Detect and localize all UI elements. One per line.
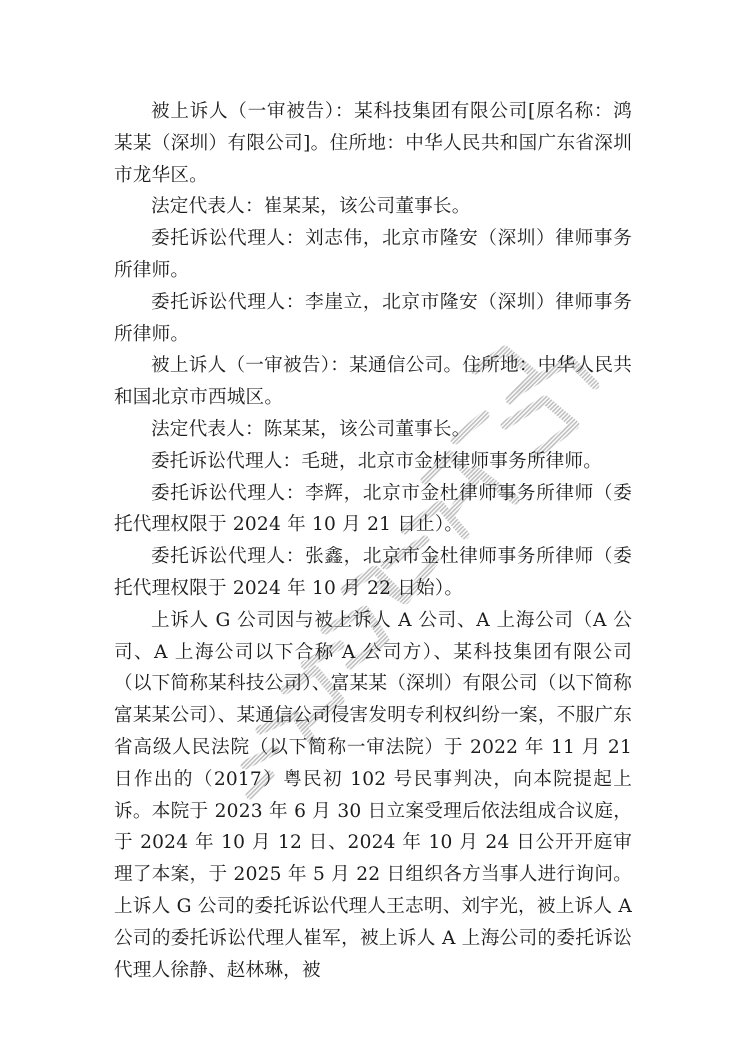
document-page: 被上诉人（一审被告）：某科技集团有限公司[原名称：鸿某某（深圳）有限公司]。住所…	[0, 0, 750, 1061]
paragraph-agent-liu-zhiwei: 委托诉讼代理人：刘志伟，北京市隆安（深圳）律师事务所律师。	[114, 223, 632, 287]
paragraph-case-background: 上诉人 G 公司因与被上诉人 A 公司、A 上海公司（A 公司、A 上海公司以下…	[114, 605, 632, 987]
paragraph-agent-zhang-xin: 委托诉讼代理人：张鑫，北京市金杜律师事务所律师（委托代理权限于 2024 年 1…	[114, 541, 632, 605]
paragraph-respondent-telecom: 被上诉人（一审被告）：某通信公司。住所地：中华人民共和国北京市西城区。	[114, 350, 632, 414]
paragraph-legal-rep-chen: 法定代表人：陈某某，该公司董事长。	[114, 414, 632, 446]
paragraph-legal-rep-cui: 法定代表人：崔某某，该公司董事长。	[114, 191, 632, 223]
paragraph-agent-li-hui: 委托诉讼代理人：李辉，北京市金杜律师事务所律师（委托代理权限于 2024 年 1…	[114, 478, 632, 542]
paragraph-agent-mao-jin: 委托诉讼代理人：毛琎，北京市金杜律师事务所律师。	[114, 446, 632, 478]
paragraph-respondent-tech-group: 被上诉人（一审被告）：某科技集团有限公司[原名称：鸿某某（深圳）有限公司]。住所…	[114, 96, 632, 191]
paragraph-agent-li-yali: 委托诉讼代理人：李崖立，北京市隆安（深圳）律师事务所律师。	[114, 287, 632, 351]
document-body: 被上诉人（一审被告）：某科技集团有限公司[原名称：鸿某某（深圳）有限公司]。住所…	[114, 96, 632, 986]
